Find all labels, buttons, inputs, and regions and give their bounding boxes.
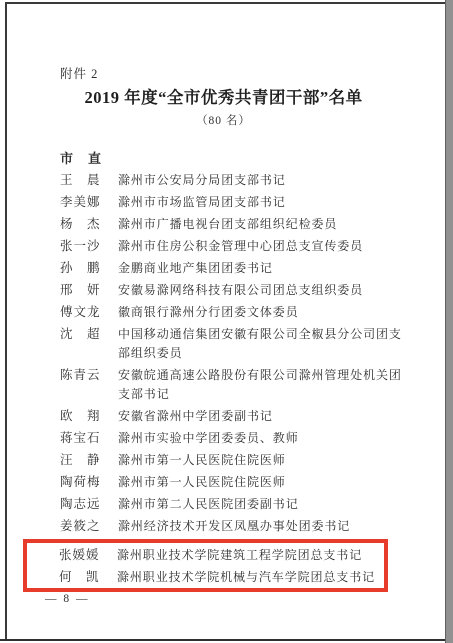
member-title: 滁州市市场监管局团支部书记	[118, 193, 404, 212]
member-name: 李美娜	[60, 193, 104, 212]
member-title: 滁州市实验中学团委委员、教师	[118, 429, 404, 448]
roster-row: 王 晨 滁州市公安局分局团支部书记	[60, 171, 410, 190]
roster-row: 欧 翔 安徽省滁州中学团委副书记	[60, 407, 410, 426]
member-name: 汪 静	[60, 451, 104, 470]
roster-row: 蒋宝石 滁州市实验中学团委委员、教师	[60, 429, 410, 448]
highlight-annotation-box: 张媛媛 滁州职业技术学院建筑工程学院团总支书记 何 凯 滁州职业技术学院机械与汽…	[23, 539, 388, 592]
member-title: 滁州市第二人民医院团委副书记	[118, 495, 404, 514]
member-name: 姜筱之	[60, 517, 104, 536]
member-title: 滁州职业技术学院机械与汽车学院团总支书记	[117, 568, 384, 587]
member-title: 金鹏商业地产集团团委书记	[118, 259, 404, 278]
roster-row-highlighted: 张媛媛 滁州职业技术学院建筑工程学院团总支书记	[59, 546, 384, 565]
roster-row: 傅文龙 徽商银行滁州分行团委文体委员	[60, 303, 410, 322]
roster-row: 张一沙 滁州市住房公积金管理中心团总支宣传委员	[60, 237, 410, 256]
scan-edge-bottom	[0, 639, 447, 641]
roster-row: 陈青云 安徽皖通高速公路股份有限公司滁州管理处机关团支部书记	[60, 366, 410, 404]
roster-row: 姜筱之 滁州经济技术开发区凤凰办事处团委书记	[60, 517, 410, 536]
member-name: 王 晨	[60, 171, 104, 190]
member-title: 安徽易滁网络科技有限公司团总支组织委员	[118, 281, 404, 300]
member-name: 孙 鹏	[60, 259, 104, 278]
member-title: 安徽皖通高速公路股份有限公司滁州管理处机关团支部书记	[118, 366, 404, 404]
member-name: 邢 妍	[60, 281, 104, 300]
member-title: 滁州市广播电视台团支部组织纪检委员	[118, 215, 404, 234]
roster-row-highlighted: 何 凯 滁州职业技术学院机械与汽车学院团总支书记	[59, 568, 384, 587]
member-title: 滁州经济技术开发区凤凰办事处团委书记	[118, 517, 404, 536]
member-name: 何 凯	[59, 568, 103, 587]
member-name: 陈青云	[60, 366, 104, 385]
member-title: 安徽省滁州中学团委副书记	[118, 407, 404, 426]
member-title: 滁州市住房公积金管理中心团总支宣传委员	[118, 237, 404, 256]
roster-row: 杨 杰 滁州市广播电视台团支部组织纪检委员	[60, 215, 410, 234]
roster-row: 沈 超 中国移动通信集团安徽有限公司全椒县分公司团支部组织委员	[60, 325, 410, 363]
member-name: 张媛媛	[59, 546, 103, 565]
member-name: 张一沙	[60, 237, 104, 256]
roster-row: 汪 静 滁州市第一人民医院住院医师	[60, 451, 410, 470]
member-name: 欧 翔	[60, 407, 104, 426]
document-title: 2019 年度“全市优秀共青团干部”名单	[0, 84, 447, 108]
roster-row: 李美娜 滁州市市场监管局团支部书记	[60, 193, 410, 212]
scanned-document-page: 附件 2 2019 年度“全市优秀共青团干部”名单 （80 名） 市 直 王 晨…	[0, 0, 453, 643]
member-name: 沈 超	[60, 325, 104, 344]
attachment-label: 附件 2	[60, 64, 98, 82]
roster-row: 孙 鹏 金鹏商业地产集团团委书记	[60, 259, 410, 278]
member-title: 滁州职业技术学院建筑工程学院团总支书记	[117, 546, 384, 565]
member-name: 杨 杰	[60, 215, 104, 234]
roster-row: 陶荷梅 滁州市第一人民医院住院医师	[60, 473, 410, 492]
roster-row: 邢 妍 安徽易滁网络科技有限公司团总支组织委员	[60, 281, 410, 300]
member-title: 中国移动通信集团安徽有限公司全椒县分公司团支部组织委员	[118, 325, 404, 363]
section-heading: 市 直	[60, 148, 102, 167]
member-title: 滁州市第一人民医院住院医师	[118, 451, 404, 470]
member-name: 蒋宝石	[60, 429, 104, 448]
roster-list: 王 晨 滁州市公安局分局团支部书记 李美娜 滁州市市场监管局团支部书记 杨 杰 …	[60, 171, 410, 592]
member-title: 滁州市公安局分局团支部书记	[118, 171, 404, 190]
scan-edge-top	[5, 2, 447, 4]
member-title: 徽商银行滁州分行团委文体委员	[118, 303, 404, 322]
member-name: 陶志远	[60, 495, 104, 514]
page-number: — 8 —	[45, 593, 90, 605]
member-title: 滁州市第一人民医院住院医师	[118, 473, 404, 492]
document-subtitle: （80 名）	[0, 112, 447, 128]
member-name: 傅文龙	[60, 303, 104, 322]
member-name: 陶荷梅	[60, 473, 104, 492]
roster-row: 陶志远 滁州市第二人民医院团委副书记	[60, 495, 410, 514]
